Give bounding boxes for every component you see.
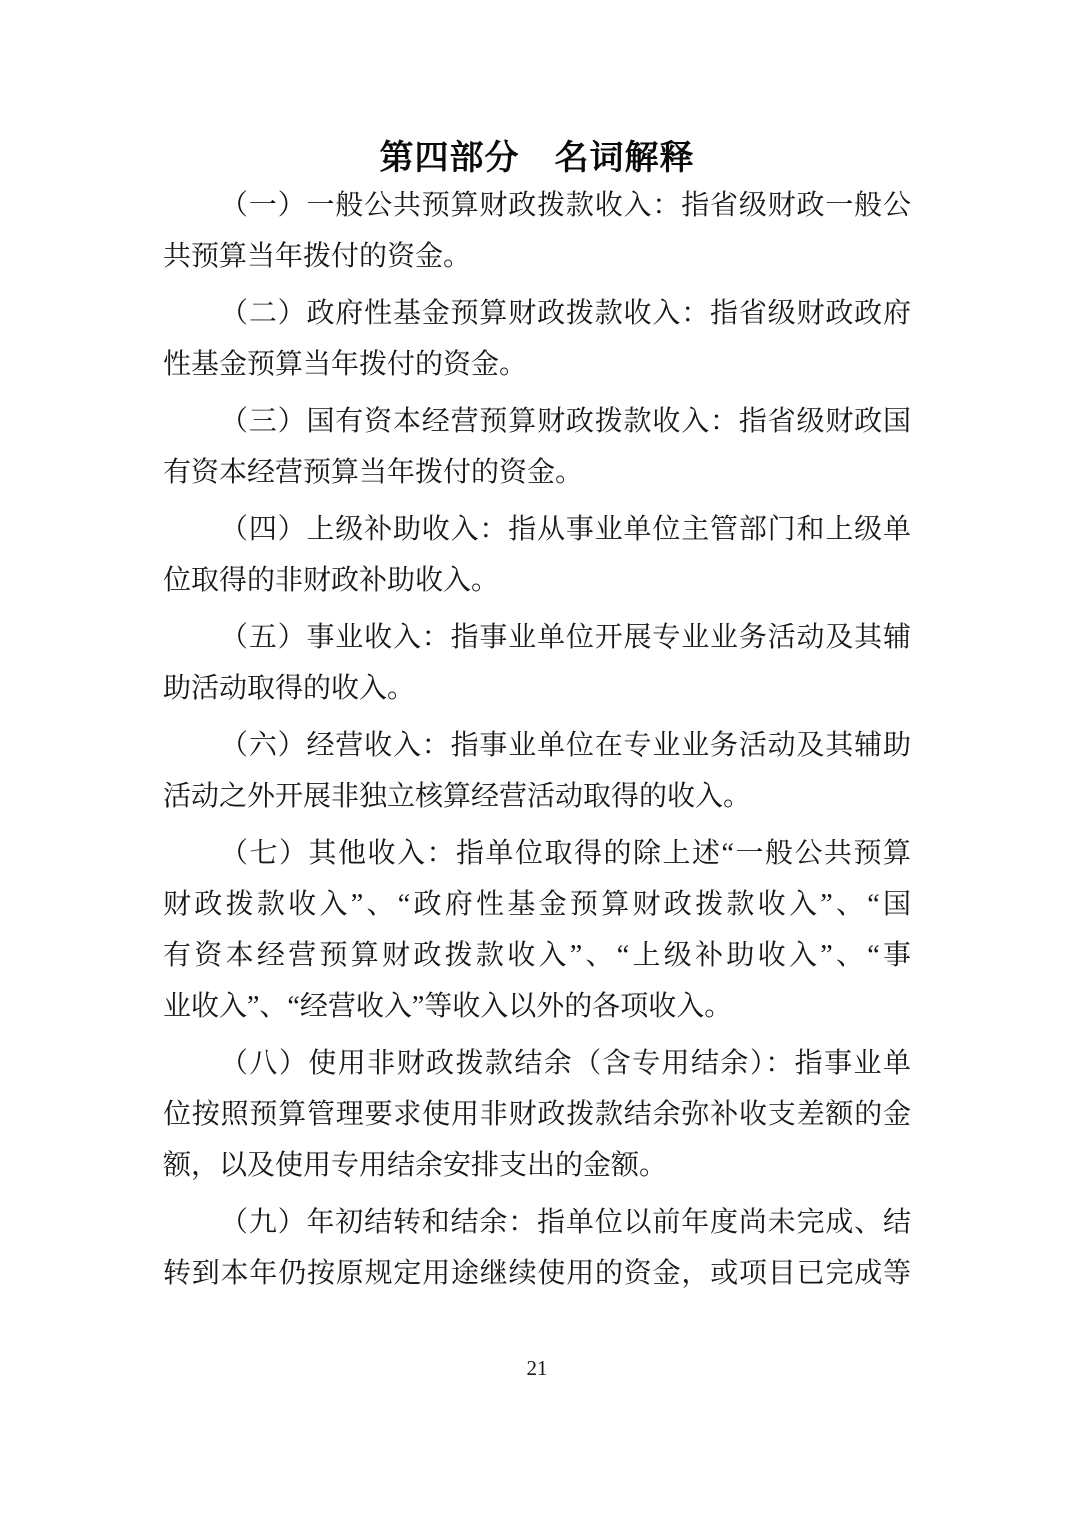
paragraph-4: （四）上级补助收入：指从事业单位主管部门和上级单 位取得的非财政补助收入。 [163, 504, 911, 606]
paragraph-5-line-2: 助活动取得的收入。 [163, 663, 911, 714]
paragraph-4-line-2: 位取得的非财政补助收入。 [163, 555, 911, 606]
page-number: 21 [163, 1354, 911, 1382]
paragraph-8-line-3: 额，以及使用专用结余安排支出的金额。 [163, 1140, 911, 1191]
paragraph-5-line-1: （五）事业收入：指事业单位开展专业业务活动及其辅 [163, 612, 911, 663]
paragraph-1: （一）一般公共预算财政拨款收入：指省级财政一般公 共预算当年拨付的资金。 [163, 180, 911, 282]
paragraph-8-line-2: 位按照预算管理要求使用非财政拨款结余弥补收支差额的金 [163, 1089, 911, 1140]
paragraph-3-line-1: （三）国有资本经营预算财政拨款收入：指省级财政国 [163, 396, 911, 447]
paragraph-6-line-1: （六）经营收入：指事业单位在专业业务活动及其辅助 [163, 720, 911, 771]
paragraph-8-line-1: （八）使用非财政拨款结余（含专用结余）：指事业单 [163, 1038, 911, 1089]
paragraph-3-line-2: 有资本经营预算当年拨付的资金。 [163, 447, 911, 498]
paragraph-3: （三）国有资本经营预算财政拨款收入：指省级财政国 有资本经营预算当年拨付的资金。 [163, 396, 911, 498]
paragraph-6-line-2: 活动之外开展非独立核算经营活动取得的收入。 [163, 771, 911, 822]
paragraph-2-line-1: （二）政府性基金预算财政拨款收入：指省级财政政府 [163, 288, 911, 339]
paragraph-4-line-1: （四）上级补助收入：指从事业单位主管部门和上级单 [163, 504, 911, 555]
section-title: 第四部分 名词解释 [163, 136, 911, 180]
paragraph-7-line-3: 有资本经营预算财政拨款收入”、“上级补助收入”、“事 [163, 930, 911, 981]
paragraph-9-line-1: （九）年初结转和结余：指单位以前年度尚未完成、结 [163, 1197, 911, 1248]
document-page: 第四部分 名词解释 （一）一般公共预算财政拨款收入：指省级财政一般公 共预算当年… [0, 0, 1074, 1520]
paragraph-1-line-2: 共预算当年拨付的资金。 [163, 231, 911, 282]
paragraph-6: （六）经营收入：指事业单位在专业业务活动及其辅助 活动之外开展非独立核算经营活动… [163, 720, 911, 822]
document-body: （一）一般公共预算财政拨款收入：指省级财政一般公 共预算当年拨付的资金。 （二）… [163, 180, 911, 1299]
paragraph-8: （八）使用非财政拨款结余（含专用结余）：指事业单 位按照预算管理要求使用非财政拨… [163, 1038, 911, 1191]
paragraph-1-line-1: （一）一般公共预算财政拨款收入：指省级财政一般公 [163, 180, 911, 231]
paragraph-7-line-1: （七）其他收入：指单位取得的除上述“一般公共预算 [163, 828, 911, 879]
paragraph-2: （二）政府性基金预算财政拨款收入：指省级财政政府 性基金预算当年拨付的资金。 [163, 288, 911, 390]
paragraph-7-line-2: 财政拨款收入”、“政府性基金预算财政拨款收入”、“国 [163, 879, 911, 930]
paragraph-7-line-4: 业收入”、“经营收入”等收入以外的各项收入。 [163, 981, 911, 1032]
paragraph-7: （七）其他收入：指单位取得的除上述“一般公共预算 财政拨款收入”、“政府性基金预… [163, 828, 911, 1032]
paragraph-9: （九）年初结转和结余：指单位以前年度尚未完成、结 转到本年仍按原规定用途继续使用… [163, 1197, 911, 1299]
paragraph-5: （五）事业收入：指事业单位开展专业业务活动及其辅 助活动取得的收入。 [163, 612, 911, 714]
paragraph-9-line-2: 转到本年仍按原规定用途继续使用的资金，或项目已完成等 [163, 1248, 911, 1299]
paragraph-2-line-2: 性基金预算当年拨付的资金。 [163, 339, 911, 390]
